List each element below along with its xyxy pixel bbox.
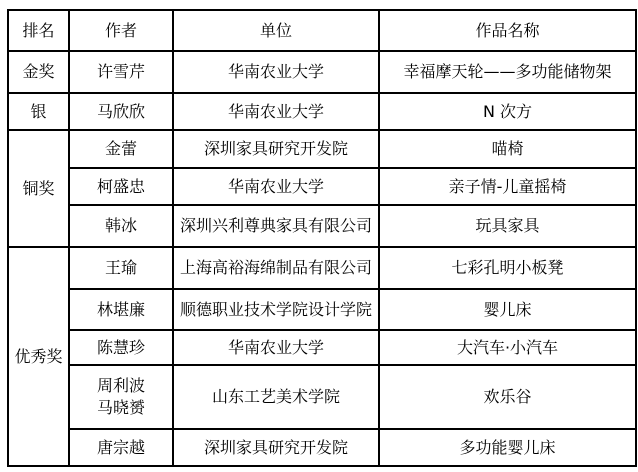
org-cell: 上海高裕海绵制品有限公司	[173, 247, 379, 289]
org-cell: 顺德职业技术学院设计学院	[173, 289, 379, 330]
work-cell: 婴儿床	[379, 289, 636, 330]
table-row: 优秀奖 王瑜 上海高裕海绵制品有限公司 七彩孔明小板凳	[8, 247, 636, 289]
table-row: 唐宗越 深圳家具研究开发院 多功能婴儿床	[8, 429, 636, 466]
rank-cell-excellence: 优秀奖	[8, 247, 69, 466]
table-row: 银 马欣欣 华南农业大学 N 次方	[8, 93, 636, 130]
author-cell: 陈慧珍	[69, 330, 173, 365]
org-cell: 华南农业大学	[173, 168, 379, 205]
author-cell: 周利波 马晓赟	[69, 365, 173, 429]
author-cell: 王瑜	[69, 247, 173, 289]
awards-table: 排名 作者 单位 作品名称 金奖 许雪芹 华南农业大学 幸福摩天轮——多功能储物…	[7, 9, 637, 467]
table-row: 周利波 马晓赟 山东工艺美术学院 欢乐谷	[8, 365, 636, 429]
author-cell: 许雪芹	[69, 51, 173, 93]
header-rank: 排名	[8, 10, 69, 51]
table-row: 韩冰 深圳兴利尊典家具有限公司 玩具家具	[8, 205, 636, 247]
work-cell: 玩具家具	[379, 205, 636, 247]
work-cell: 大汽车·小汽车	[379, 330, 636, 365]
header-row: 排名 作者 单位 作品名称	[8, 10, 636, 51]
author-cell: 韩冰	[69, 205, 173, 247]
rank-cell-bronze: 铜奖	[8, 130, 69, 247]
org-cell: 深圳兴利尊典家具有限公司	[173, 205, 379, 247]
work-cell: 欢乐谷	[379, 365, 636, 429]
org-cell: 华南农业大学	[173, 330, 379, 365]
org-cell: 深圳家具研究开发院	[173, 130, 379, 168]
work-cell: 喵椅	[379, 130, 636, 168]
rank-cell-silver: 银	[8, 93, 69, 130]
table-row: 金奖 许雪芹 华南农业大学 幸福摩天轮——多功能储物架	[8, 51, 636, 93]
table-row: 柯盛忠 华南农业大学 亲子情-儿童摇椅	[8, 168, 636, 205]
author-cell: 马欣欣	[69, 93, 173, 130]
author-cell: 金蕾	[69, 130, 173, 168]
table-row: 铜奖 金蕾 深圳家具研究开发院 喵椅	[8, 130, 636, 168]
page-canvas: 排名 作者 单位 作品名称 金奖 许雪芹 华南农业大学 幸福摩天轮——多功能储物…	[0, 0, 638, 472]
work-cell: 亲子情-儿童摇椅	[379, 168, 636, 205]
table-row: 林堪廉 顺德职业技术学院设计学院 婴儿床	[8, 289, 636, 330]
org-cell: 山东工艺美术学院	[173, 365, 379, 429]
table-row: 陈慧珍 华南农业大学 大汽车·小汽车	[8, 330, 636, 365]
org-cell: 深圳家具研究开发院	[173, 429, 379, 466]
work-cell: 七彩孔明小板凳	[379, 247, 636, 289]
author-cell: 柯盛忠	[69, 168, 173, 205]
org-cell: 华南农业大学	[173, 93, 379, 130]
org-cell: 华南农业大学	[173, 51, 379, 93]
header-org: 单位	[173, 10, 379, 51]
author-cell: 林堪廉	[69, 289, 173, 330]
header-author: 作者	[69, 10, 173, 51]
work-cell: 幸福摩天轮——多功能储物架	[379, 51, 636, 93]
rank-cell-gold: 金奖	[8, 51, 69, 93]
work-cell: 多功能婴儿床	[379, 429, 636, 466]
work-cell: N 次方	[379, 93, 636, 130]
author-cell: 唐宗越	[69, 429, 173, 466]
header-work: 作品名称	[379, 10, 636, 51]
